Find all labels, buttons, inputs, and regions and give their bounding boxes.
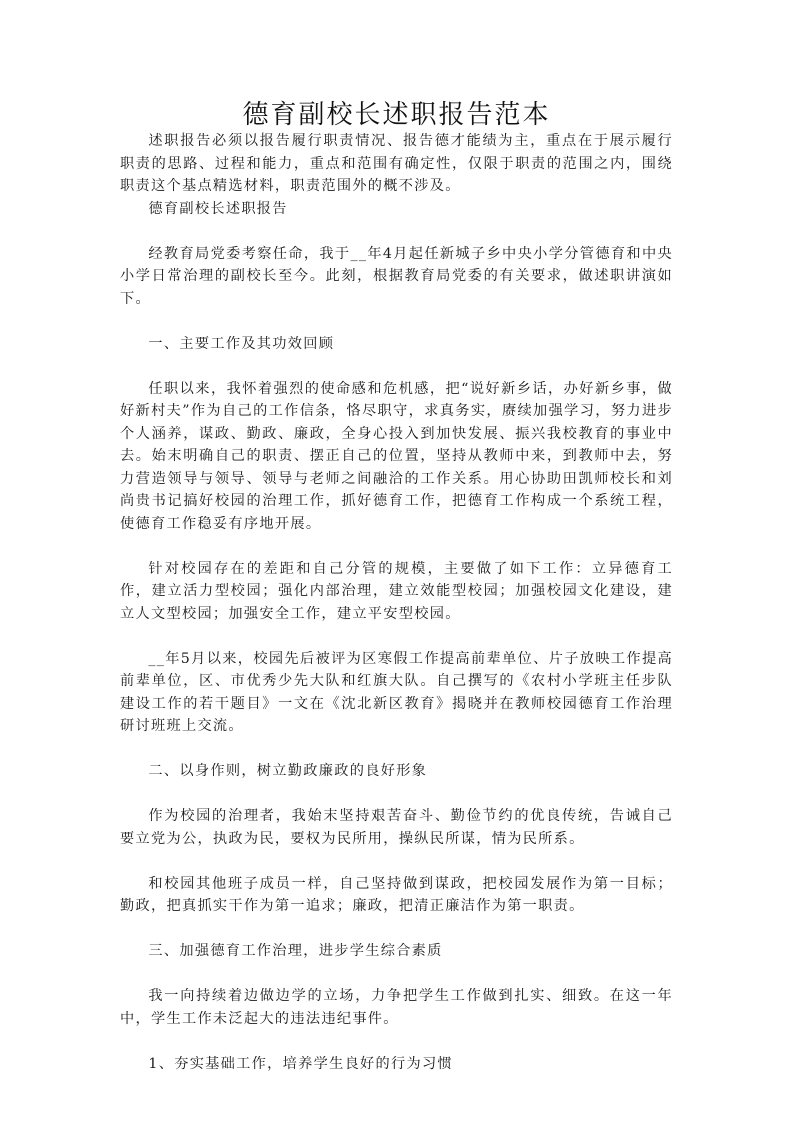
section-heading-3: 三、加强德育工作治理，进步学生综合素质	[120, 940, 673, 963]
body-paragraph: __年5月以来，校园先后被评为区寒假工作提高前辈单位、片子放映工作提高前辈单位，…	[120, 648, 673, 738]
document-title: 德育副校长述职报告范本	[0, 99, 793, 131]
document-body: 述职报告必须以报告履行职责情况、报告德才能绩为主，重点在于展示履行职责的思路、过…	[120, 130, 673, 1075]
section-heading-1: 一、主要工作及其功效回顾	[120, 333, 673, 356]
body-paragraph: 针对校园存在的差距和自己分管的规模，主要做了如下工作：立异德育工作，建立活力型校…	[120, 558, 673, 626]
document-page: 德育副校长述职报告范本 述职报告必须以报告履行职责情况、报告德才能绩为主，重点在…	[0, 0, 793, 1122]
subsection-heading-1: 1、夯实基础工作，培养学生良好的行为习惯	[120, 1053, 673, 1076]
report-subtitle: 德育副校长述职报告	[120, 198, 673, 221]
section-heading-2: 二、以身作则，树立勤政廉政的良好形象	[120, 760, 673, 783]
opening-paragraph: 经教育局党委考察任命，我于__年4月起任新城子乡中央小学分管德育和中央小学日常治…	[120, 243, 673, 311]
body-paragraph: 作为校园的治理者，我始末坚持艰苦奋斗、勤俭节约的优良传统，告诫自己要立党为公，执…	[120, 805, 673, 850]
intro-paragraph: 述职报告必须以报告履行职责情况、报告德才能绩为主，重点在于展示履行职责的思路、过…	[120, 130, 673, 198]
body-paragraph: 和校园其他班子成员一样，自己坚持做到谋政，把校园发展作为第一目标；勤政，把真抓实…	[120, 873, 673, 918]
body-paragraph: 我一向持续着边做边学的立场，力争把学生工作做到扎实、细致。在这一年中，学生工作未…	[120, 985, 673, 1030]
body-paragraph: 任职以来，我怀着强烈的使命感和危机感，把“说好新乡话，办好新乡事，做好新村夫”作…	[120, 378, 673, 536]
